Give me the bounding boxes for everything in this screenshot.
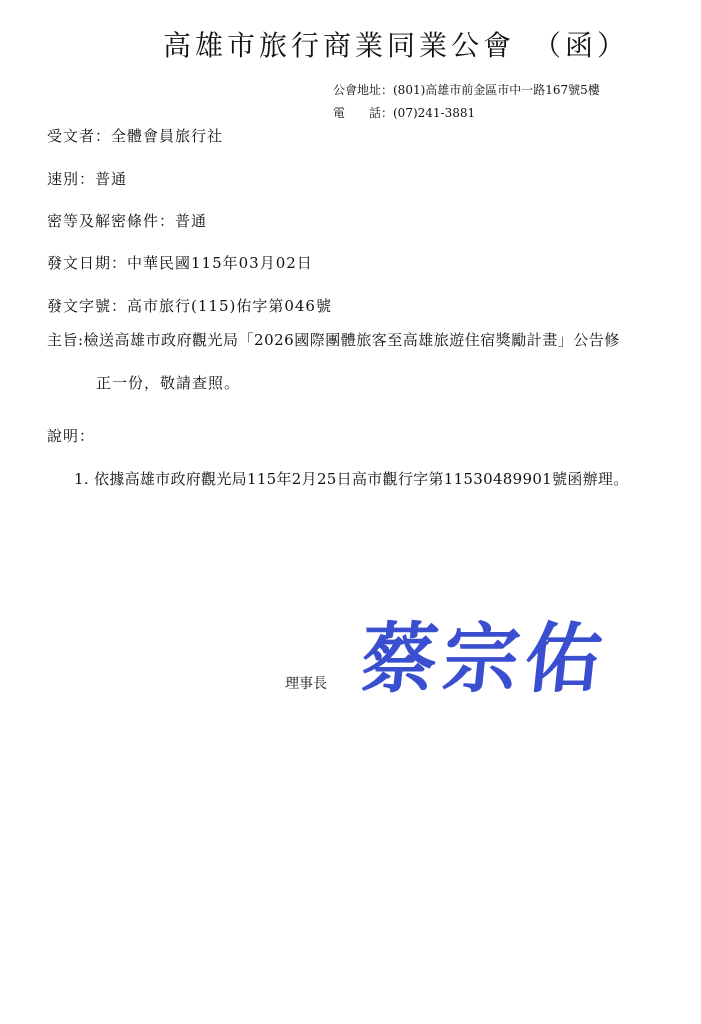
signature-role: 理事長	[285, 673, 327, 693]
classification-field: 密等及解密條件：普通	[47, 210, 207, 231]
speed-field: 速別：普通	[47, 168, 127, 189]
association-phone: 電 話：(07)241-3881	[333, 104, 475, 121]
subject-line-1: 主旨:檢送高雄市政府觀光局「2026國際團體旅客至高雄旅遊住宿獎勵計畫」公告修	[47, 329, 620, 350]
explanation-heading: 說明：	[47, 425, 95, 446]
document-title: 高雄市旅行商業同業公會 （函）	[163, 24, 629, 64]
recipient-field: 受文者：全體會員旅行社	[47, 125, 223, 146]
association-address: 公會地址：(801)高雄市前金區市中一路167號5樓	[333, 81, 600, 98]
issue-date-field: 發文日期：中華民國115年03月02日	[47, 252, 313, 273]
explanation-item: 1. 依據高雄市政府觀光局115年2月25日高市觀行字第11530489901號…	[74, 468, 629, 489]
subject-line-2: 正一份，敬請查照。	[96, 372, 240, 393]
signature-stamp: 蔡宗佑	[356, 598, 613, 707]
document-number-field: 發文字號：高市旅行(115)佑字第046號	[47, 295, 332, 316]
